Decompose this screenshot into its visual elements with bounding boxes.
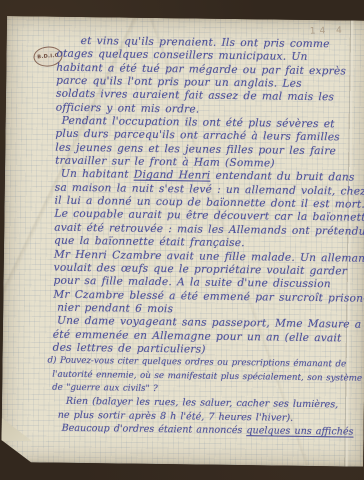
manuscript-page: B.D.I.C 14 4 et vins qu'ils prenaient. I…	[1, 16, 364, 467]
underlined-name: Digand Henri	[134, 169, 211, 182]
scanned-document-background: B.D.I.C 14 4 et vins qu'ils prenaient. I…	[0, 0, 364, 480]
underlined-phrase: quelques uns affichés	[246, 425, 353, 437]
handwritten-line: Beaucoup d'ordres étaient annoncés quelq…	[52, 422, 354, 439]
folded-corner	[1, 418, 32, 441]
handwritten-text-block: et vins qu'ils prenaient. Ils ont pris c…	[52, 35, 359, 439]
line-text: entendant du bruit dans	[210, 170, 354, 184]
pencil-page-annotation: 14 4	[310, 26, 346, 37]
line-text: Beaucoup d'ordres étaient annoncés	[62, 423, 247, 436]
line-text: Un habitant	[61, 168, 134, 181]
